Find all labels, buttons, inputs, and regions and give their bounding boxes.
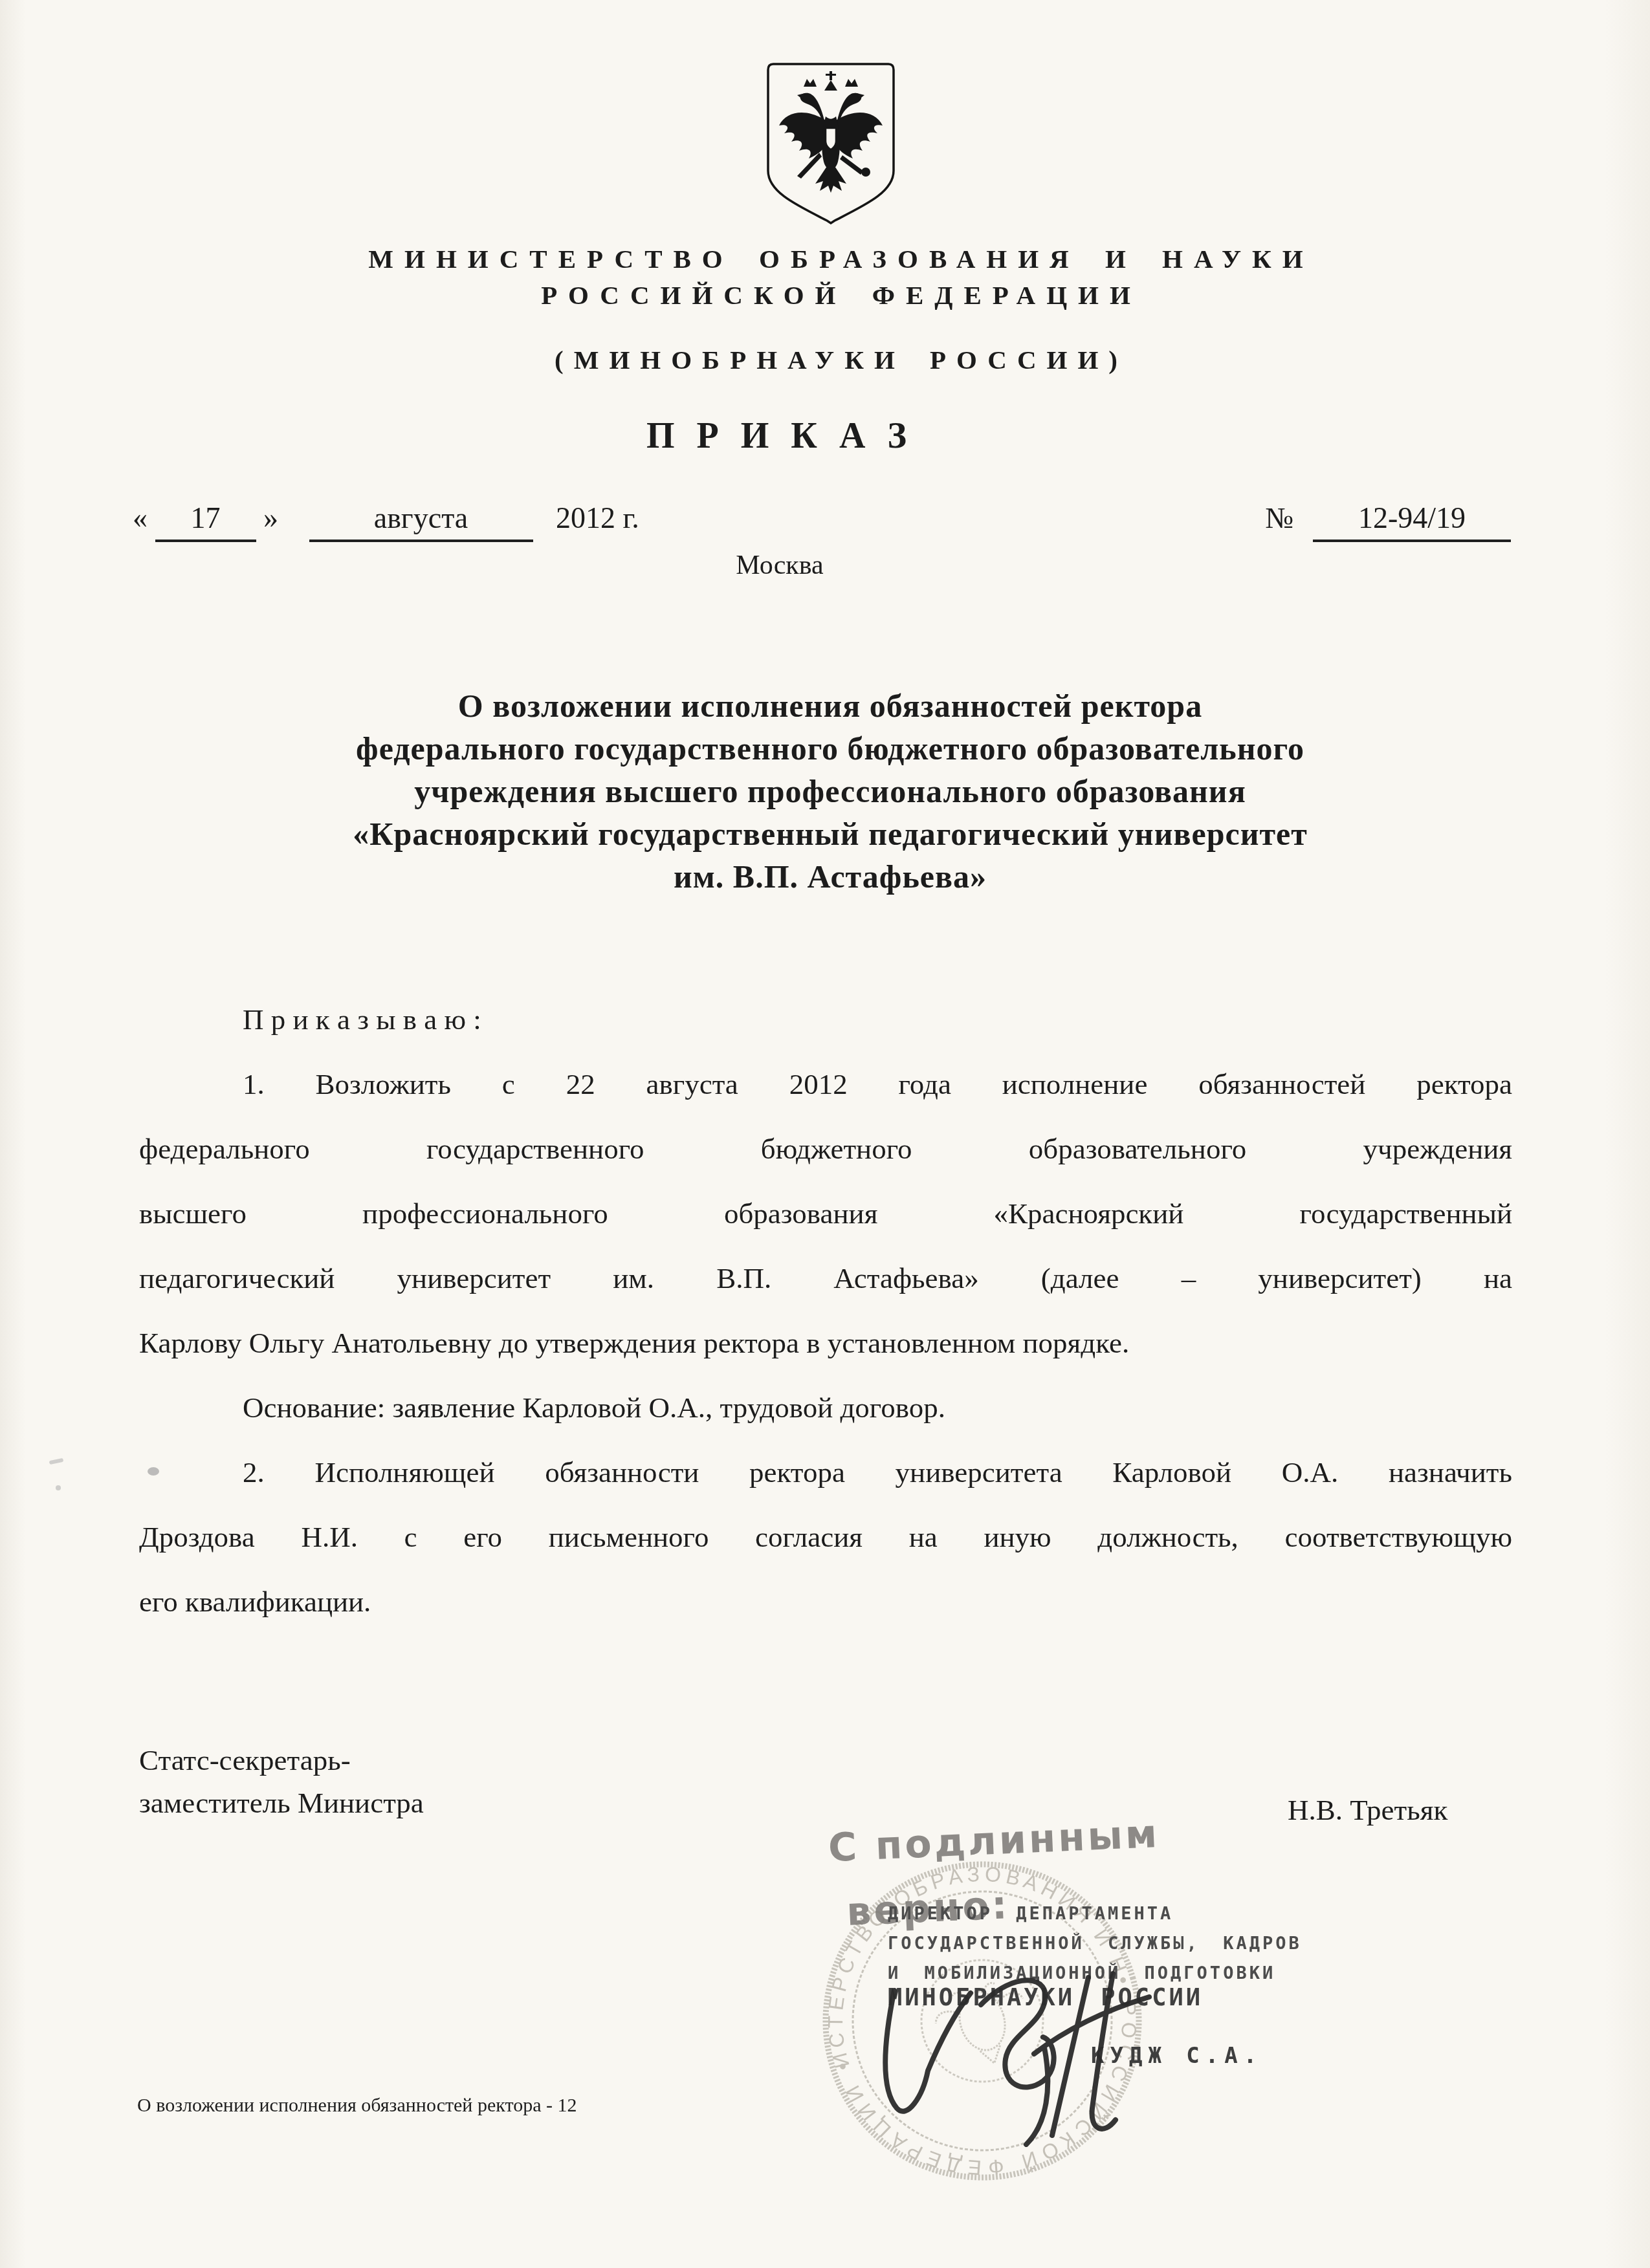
doc-type-heading: П Р И К А З	[0, 415, 1559, 457]
basis-line: Основание: заявление Карловой О.А., труд…	[139, 1375, 1512, 1440]
handwritten-signature-icon	[861, 1950, 1165, 2164]
certifier-position-line1: Директор Департамента	[888, 1899, 1392, 1929]
date-open-quote: «	[133, 501, 148, 534]
title-line: федерального государственного бюджетного…	[5, 727, 1650, 770]
signer-name: Н.В. Третьяк	[1288, 1793, 1447, 1827]
date-month: августа	[309, 498, 533, 542]
decree-word: П р и к а з ы в а ю :	[139, 987, 1512, 1052]
city-label: Москва	[0, 550, 1559, 581]
body-line: педагогический университет им. В.П. Аста…	[139, 1246, 1512, 1311]
signer-position: Статс-секретарь- заместитель Министра	[139, 1739, 424, 1824]
scan-artifact	[49, 1458, 64, 1465]
body-line: 2. Исполняющей обязанности ректора униве…	[139, 1440, 1512, 1505]
order-title: О возложении исполнения обязанностей рек…	[5, 684, 1650, 898]
body-line: Дроздова Н.И. с его письменного согласия…	[139, 1505, 1512, 1569]
footer-reference: О возложении исполнения обязанностей рек…	[137, 2095, 577, 2117]
title-line: учреждения высшего профессионального обр…	[5, 770, 1650, 812]
title-line: им. В.П. Астафьева»	[5, 855, 1650, 898]
date-year: 2012 г.	[556, 501, 639, 534]
ministry-name-line1: МИНИСТЕРСТВО ОБРАЗОВАНИЯ И НАУКИ	[32, 241, 1650, 277]
title-line: О возложении исполнения обязанностей рек…	[5, 684, 1650, 727]
signer-position-line1: Статс-секретарь-	[139, 1739, 424, 1782]
scanned-order-page: МИНИСТЕРСТВО ОБРАЗОВАНИЯ И НАУКИ РОССИЙС…	[0, 0, 1650, 2268]
scan-artifact	[148, 1467, 159, 1476]
body-line: 1. Возложить с 22 августа 2012 года испо…	[139, 1052, 1512, 1117]
date-day: 17	[155, 498, 256, 542]
signer-position-line2: заместитель Министра	[139, 1782, 424, 1824]
ministry-name-line2: РОССИЙСКОЙ ФЕДЕРАЦИИ	[32, 277, 1650, 313]
body-line: федерального государственного бюджетного…	[139, 1117, 1512, 1181]
date-close-quote: »	[263, 501, 278, 534]
body-line: Карлову Ольгу Анатольевну до утверждения…	[139, 1311, 1512, 1375]
title-line: «Красноярский государственный педагогиче…	[5, 812, 1650, 855]
scan-artifact	[56, 1485, 61, 1490]
number-group: № 12-94/19	[1266, 498, 1511, 542]
body-line: высшего профессионального образования «К…	[139, 1181, 1512, 1246]
number-value: 12-94/19	[1313, 498, 1511, 542]
date-number-row: « 17 » августа 2012 г. № 12-94/19	[133, 498, 1511, 542]
russia-coat-of-arms-icon	[761, 61, 901, 225]
order-body: П р и к а з ы в а ю : 1. Возложить с 22 …	[139, 987, 1512, 1634]
body-line: его квалификации.	[139, 1569, 1512, 1634]
ministry-abbr: (МИНОБРНАУКИ РОССИИ)	[32, 342, 1650, 378]
ministry-header: МИНИСТЕРСТВО ОБРАЗОВАНИЯ И НАУКИ РОССИЙС…	[32, 241, 1650, 378]
number-label: №	[1266, 501, 1294, 534]
date-group: « 17 » августа 2012 г.	[133, 498, 639, 542]
